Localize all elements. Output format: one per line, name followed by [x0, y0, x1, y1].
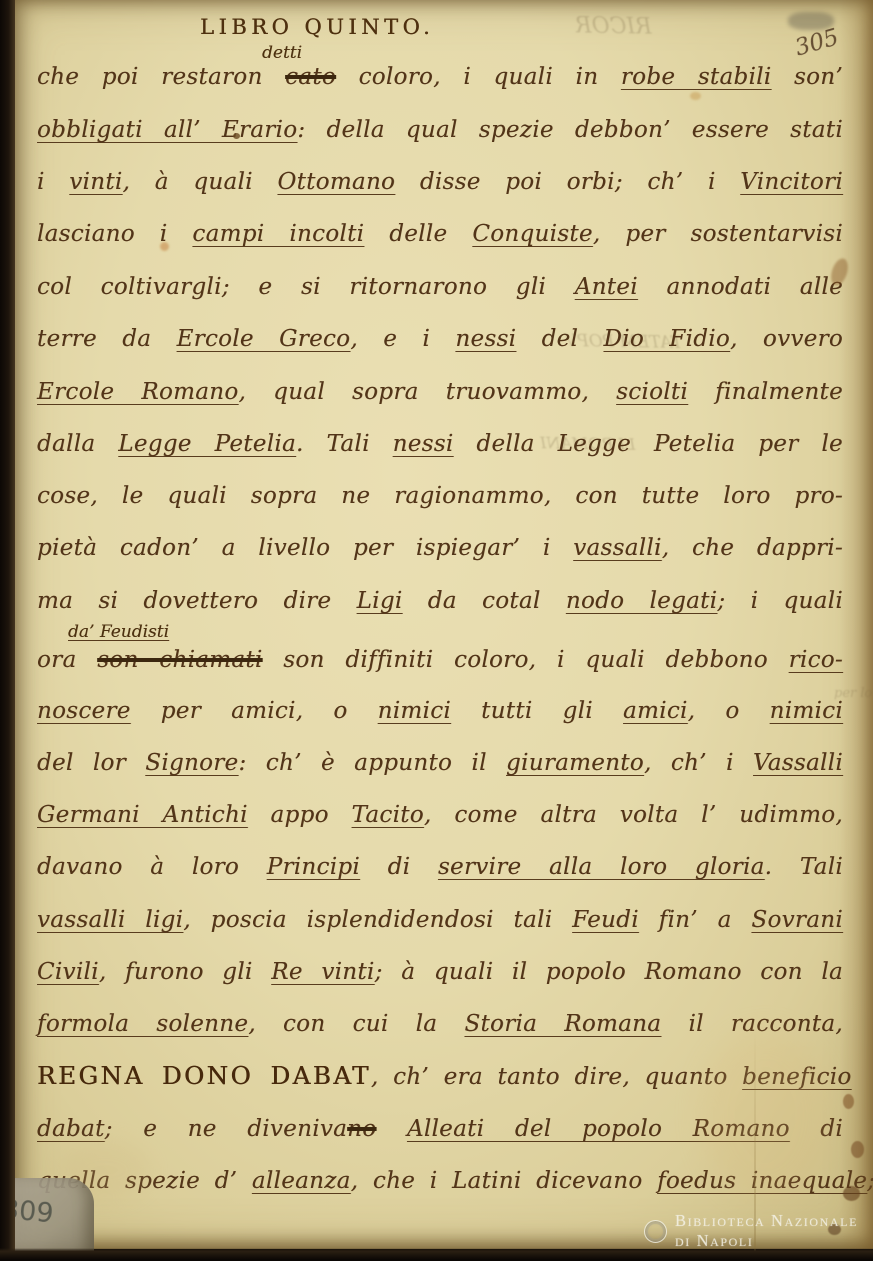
handwritten-text: delle	[364, 221, 472, 247]
handwritten-text: davano à loro	[37, 854, 267, 880]
handwritten-text: REGNA DONO DABAT	[37, 1061, 371, 1090]
handwritten-text: della Legge Petelia per le	[454, 431, 843, 457]
underlined-phrase: nessi	[393, 431, 454, 457]
underlined-phrase: nodo legati	[566, 588, 717, 614]
handwritten-text: . Tali	[296, 431, 393, 457]
handwritten-text: ; e ne diveniva	[105, 1116, 348, 1142]
manuscript-line: dalla Legge Petelia. Tali nessi della Le…	[37, 429, 843, 459]
handwritten-text: son’	[771, 64, 843, 90]
manuscript-line: che poi restaron cato coloro, i quali in…	[37, 62, 843, 92]
underlined-phrase: vinti	[69, 169, 122, 195]
underlined-phrase: nessi	[455, 326, 516, 352]
bleedthrough-text: RICOR	[575, 13, 652, 39]
interlinear-insertion: detti	[262, 43, 302, 63]
handwritten-text: il racconta,	[661, 1011, 843, 1037]
handwritten-text: ; i quali	[717, 588, 843, 614]
underlined-phrase: foedus inaequale	[657, 1168, 867, 1194]
underlined-phrase: campi incolti	[192, 221, 364, 247]
handwritten-text: , per sostentarvisi	[593, 221, 843, 247]
page-title: LIBRO QUINTO.	[200, 15, 434, 39]
handwritten-text: , ch’ era tanto dire, quanto	[371, 1064, 742, 1090]
handwritten-text: ;	[867, 1168, 873, 1194]
handwritten-text: cose, le quali sopra ne ragionammo, con …	[37, 483, 843, 509]
handwritten-text: , qual sopra truovammo,	[239, 379, 617, 405]
handwritten-text: i	[37, 169, 69, 195]
handwritten-text: , ch’ i	[644, 750, 753, 776]
underlined-phrase: Germani Antichi	[37, 802, 248, 828]
underlined-phrase: Sovrani	[751, 907, 843, 933]
handwritten-text: di	[790, 1116, 843, 1142]
handwritten-text: : della qual spezie debbon’ essere stati	[297, 117, 843, 143]
handwritten-text: per amici, o	[131, 698, 378, 724]
handwritten-text: pietà cadon’ a livello per ispiegar’ i	[37, 535, 573, 561]
underlined-phrase: rico-	[789, 647, 843, 673]
manuscript-page: LIBRO QUINTO. 305 RICORTATEM POPVLI ROMA…	[10, 0, 873, 1249]
handwritten-text: del lor	[37, 750, 145, 776]
underlined-phrase: formola solenne	[37, 1011, 248, 1037]
handwritten-text: terre da	[37, 326, 177, 352]
manuscript-line: formola solenne, con cui la Storia Roman…	[37, 1009, 843, 1039]
underlined-phrase: Ercole Greco	[177, 326, 351, 352]
underlined-phrase: Antei	[575, 274, 638, 300]
interlinear-insertion: da’ Feudisti	[68, 622, 169, 642]
underlined-phrase: Storia Romana	[464, 1011, 661, 1037]
handwritten-text: che poi restaron	[37, 64, 285, 90]
manuscript-line: dabat; e ne divenivano Alleati del popol…	[37, 1114, 843, 1144]
underlined-phrase: amici	[623, 698, 688, 724]
handwritten-text: di	[360, 854, 438, 880]
underlined-phrase: obbligati all’ Erario	[37, 117, 297, 143]
handwritten-text: , furono gli	[99, 959, 271, 985]
underlined-phrase: Alleati del popolo Romano	[407, 1116, 790, 1142]
handwritten-text: , e i	[350, 326, 455, 352]
underlined-phrase: Ottomano	[277, 169, 395, 195]
handwritten-text: col coltivargli; e si ritornarono gli	[37, 274, 575, 300]
handwritten-text: , o	[688, 698, 770, 724]
handwritten-text: finalmente	[688, 379, 843, 405]
handwritten-text: fin’ a	[639, 907, 752, 933]
manuscript-line: Ercole Romano, qual sopra truovammo, sci…	[37, 377, 843, 407]
handwritten-text: . Tali	[765, 854, 843, 880]
handwritten-text: ; à quali il popolo Romano con la	[375, 959, 843, 985]
manuscript-line: REGNA DONO DABAT, ch’ era tanto dire, qu…	[37, 1061, 843, 1092]
handwritten-text: disse poi orbi; ch’ i	[395, 169, 740, 195]
foxing-spot	[690, 92, 701, 100]
handwritten-text: , che i Latini dicevano	[351, 1168, 657, 1194]
page-edge-shading	[839, 0, 873, 1249]
edge-stain	[851, 1141, 864, 1158]
manuscript-line: ora son chiamati son diffiniti coloro, i…	[37, 645, 843, 675]
underlined-phrase: vassalli ligi	[37, 907, 183, 933]
handwritten-text: del	[516, 326, 603, 352]
underlined-phrase: Tacito	[352, 802, 424, 828]
handwritten-text	[376, 1116, 407, 1142]
handwritten-text: appo	[248, 802, 352, 828]
underlined-phrase: noscere	[37, 698, 131, 724]
underlined-phrase: Re vinti	[271, 959, 374, 985]
manuscript-line: noscere per amici, o nimici tutti gli am…	[37, 696, 843, 726]
handwritten-text: dalla	[37, 431, 118, 457]
underlined-phrase: Feudi	[572, 907, 639, 933]
underlined-phrase: Conquiste	[472, 221, 593, 247]
manuscript-line: i vinti, à quali Ottomano disse poi orbi…	[37, 167, 843, 197]
underlined-phrase: Ercole Romano	[37, 379, 239, 405]
struck-word: son chiamati	[97, 647, 262, 673]
page-bottom-edge	[0, 1248, 873, 1261]
underlined-phrase: Signore	[145, 750, 238, 776]
handwritten-text: , ovvero	[730, 326, 843, 352]
manuscript-line: davano à loro Principi di servire alla l…	[37, 852, 843, 882]
underlined-phrase: sciolti	[616, 379, 688, 405]
manuscript-line: lasciano i campi incolti delle Conquiste…	[37, 219, 843, 249]
handwritten-text: , che dappri-	[662, 535, 843, 561]
manuscript-line: pietà cadon’ a livello per ispiegar’ i v…	[37, 533, 843, 563]
handwritten-text: , come altra volta l’ udimmo,	[424, 802, 843, 828]
manuscript-line: terre da Ercole Greco, e i nessi del Dio…	[37, 324, 843, 354]
library-logo-icon	[644, 1220, 667, 1243]
underlined-phrase: nimici	[378, 698, 451, 724]
handwritten-text: da cotal	[403, 588, 566, 614]
underlined-phrase: Principi	[267, 854, 360, 880]
manuscript-line: cose, le quali sopra ne ragionammo, con …	[37, 481, 843, 511]
handwritten-text: coloro, i quali in	[336, 64, 621, 90]
underlined-phrase: robe stabili	[621, 64, 772, 90]
manuscript-line: col coltivargli; e si ritornarono gli An…	[37, 272, 843, 302]
underlined-phrase: nimici	[770, 698, 843, 724]
manuscript-line: quella spezie d’ alleanza, che i Latini …	[37, 1166, 843, 1196]
edge-stain	[843, 1094, 854, 1109]
manuscript-line: del lor Signore: ch’ è appunto il giuram…	[37, 748, 843, 778]
underlined-phrase: servire alla loro gloria	[438, 854, 765, 880]
handwritten-text: : ch’ è appunto il	[238, 750, 506, 776]
library-watermark-label: Biblioteca Nazionale di Napoli	[675, 1211, 873, 1251]
underlined-phrase: beneficio	[742, 1064, 851, 1090]
library-watermark: Biblioteca Nazionale di Napoli	[644, 1219, 873, 1243]
underlined-phrase: vassalli	[573, 535, 662, 561]
handwritten-text: , à quali	[123, 169, 278, 195]
underlined-phrase: dabat	[37, 1116, 105, 1142]
underlined-phrase: Ligi	[357, 588, 403, 614]
underlined-phrase: alleanza	[252, 1168, 351, 1194]
manuscript-line: vassalli ligi, poscia isplendidendosi ta…	[37, 905, 843, 935]
underlined-phrase: Legge Petelia	[118, 431, 296, 457]
underlined-phrase: Dio Fidio	[603, 326, 730, 352]
handwritten-text: ora	[37, 647, 97, 673]
folio-number-top: 305	[792, 24, 841, 61]
manuscript-line: Civili, furono gli Re vinti; à quali il …	[37, 957, 843, 987]
book-binding-edge	[0, 0, 15, 1261]
underlined-phrase: Civili	[37, 959, 99, 985]
underlined-phrase: giuramento	[506, 750, 644, 776]
underlined-phrase: Vassalli	[753, 750, 843, 776]
manuscript-line: ma si dovettero dire Ligi da cotal nodo …	[37, 586, 843, 616]
struck-word: cato	[285, 64, 336, 90]
handwritten-text: son diffiniti coloro, i quali debbono	[263, 647, 789, 673]
handwritten-text: annodati alle	[638, 274, 843, 300]
handwritten-text: ma si dovettero dire	[37, 588, 357, 614]
handwritten-text: , con cui la	[248, 1011, 464, 1037]
underlined-phrase: Vincitori	[740, 169, 843, 195]
handwritten-text: , poscia isplendidendosi tali	[183, 907, 572, 933]
manuscript-line: obbligati all’ Erario: della qual spezie…	[37, 115, 843, 145]
handwritten-text: lasciano i	[37, 221, 192, 247]
struck-word: no	[347, 1116, 376, 1142]
handwritten-text: tutti gli	[451, 698, 623, 724]
manuscript-line: Germani Antichi appo Tacito, come altra …	[37, 800, 843, 830]
